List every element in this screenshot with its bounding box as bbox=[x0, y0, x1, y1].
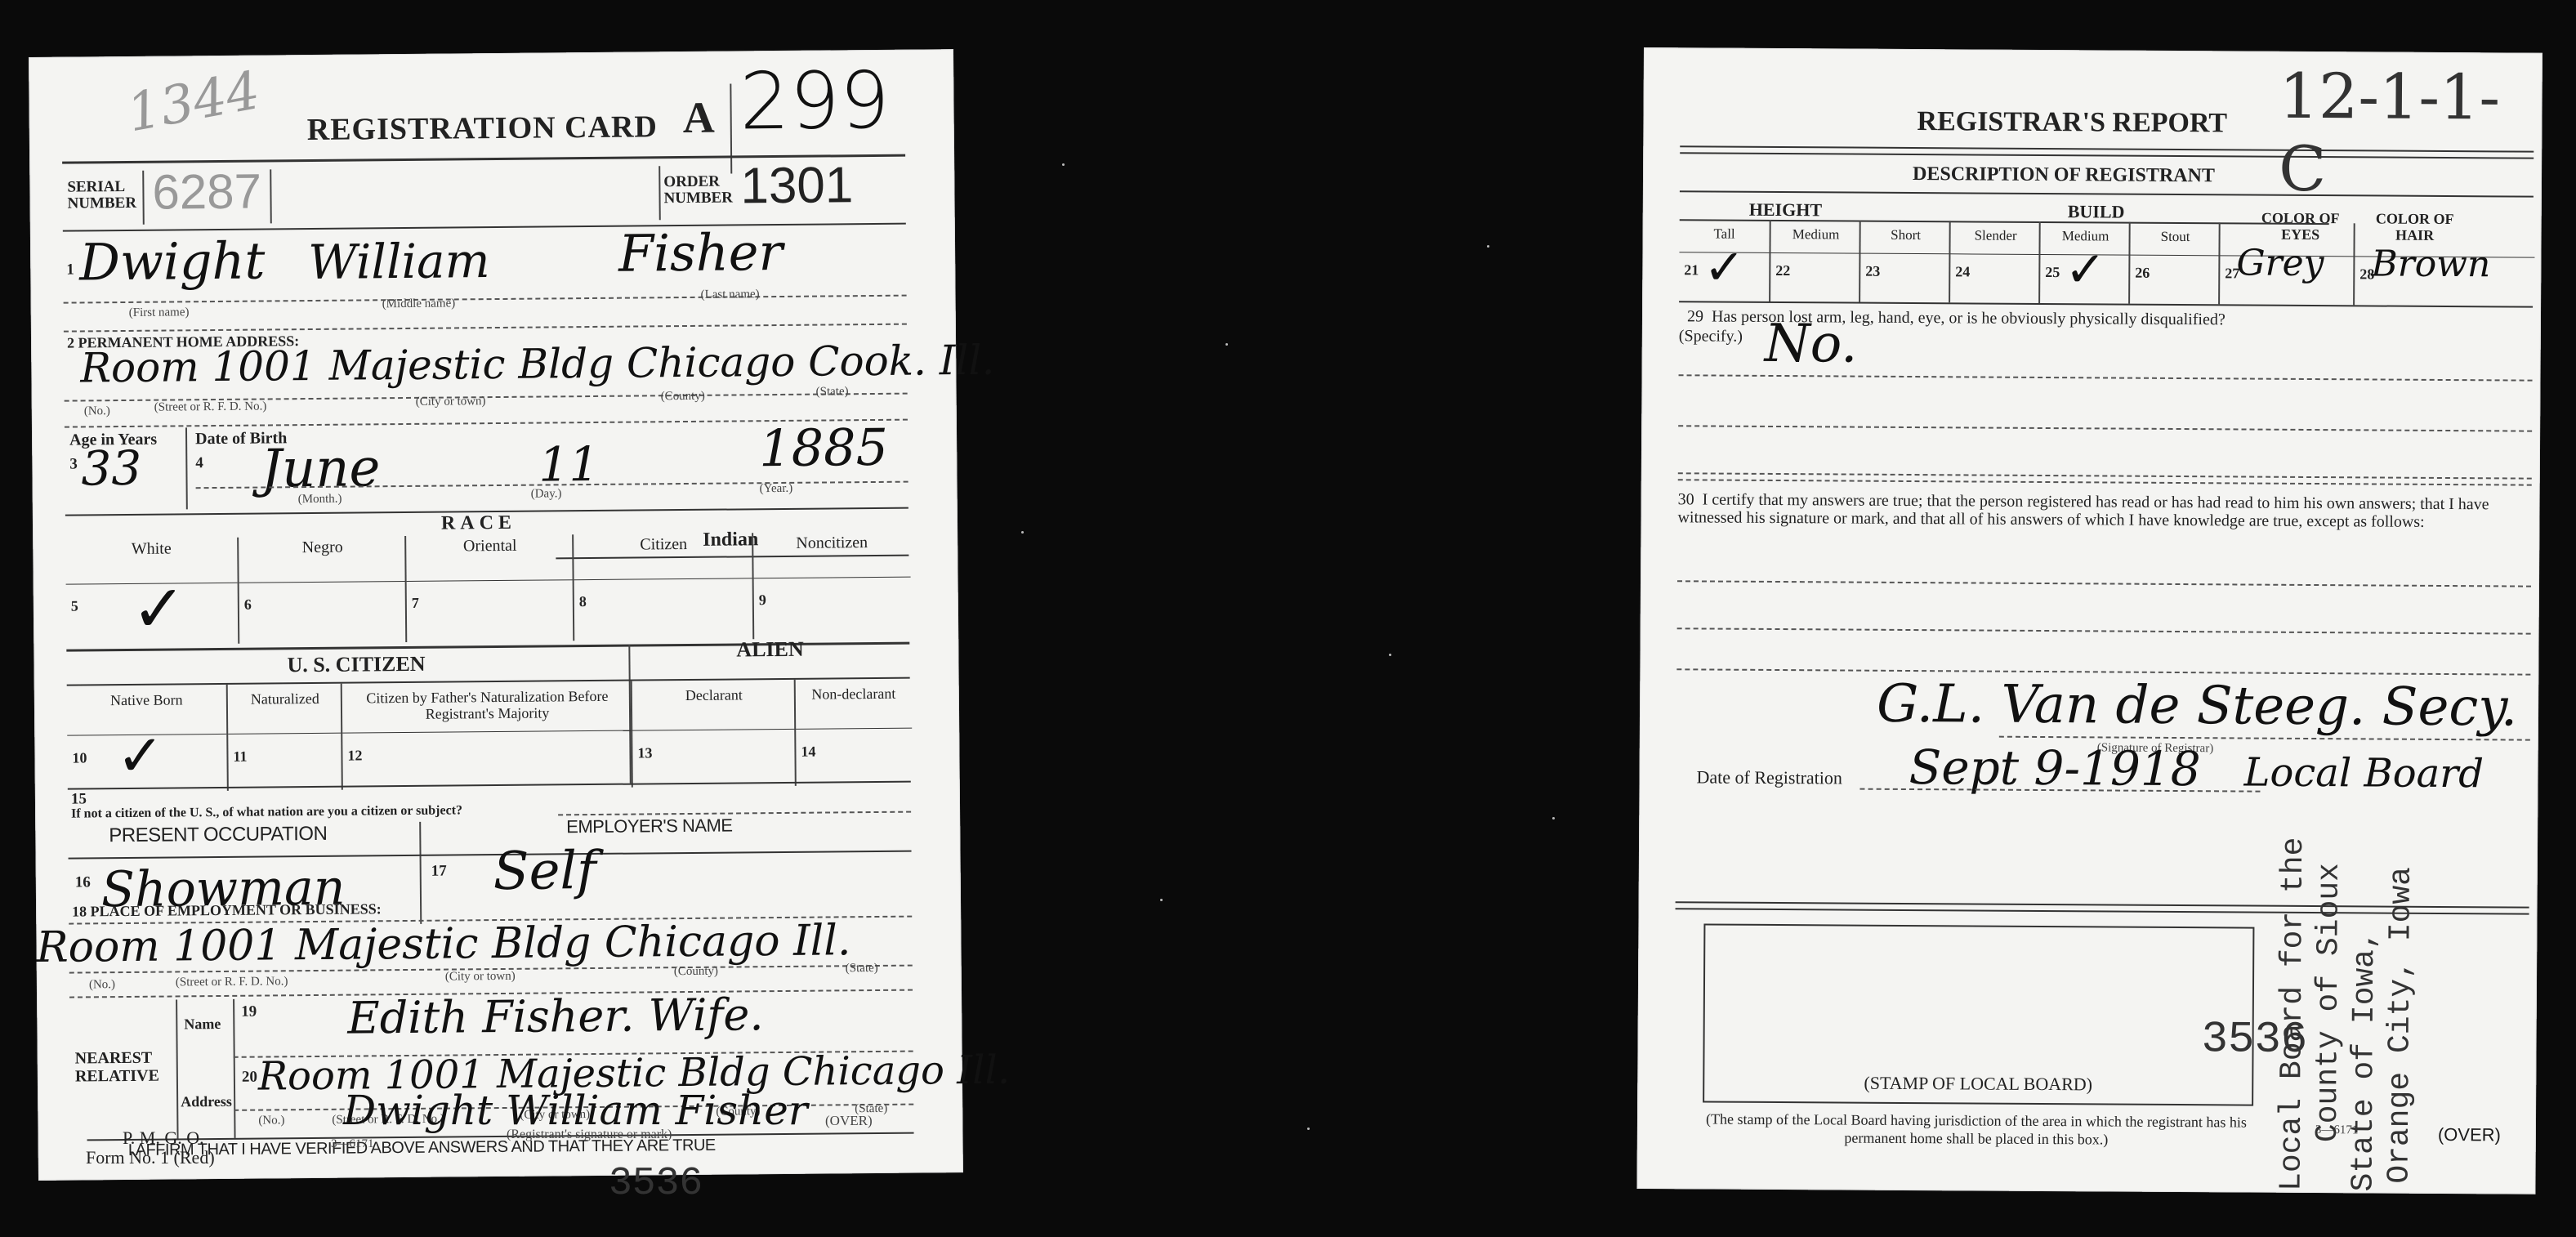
citizenship-cell: Native Born10✓ bbox=[67, 685, 227, 793]
signature-label: (Registrant's signature or mark) bbox=[507, 1128, 672, 1142]
description-label: Medium bbox=[1775, 226, 1858, 243]
description-label: Slender bbox=[1954, 227, 2038, 243]
description-label: Short bbox=[1864, 227, 1948, 243]
field-number: 13 bbox=[637, 744, 652, 761]
over-label: (OVER) bbox=[2438, 1124, 2501, 1145]
race-label: Negro bbox=[242, 538, 403, 557]
field-number: 15 bbox=[71, 790, 87, 808]
race-heading: RACE bbox=[441, 512, 516, 535]
rule bbox=[239, 581, 407, 583]
description-cell: 27Grey bbox=[2218, 222, 2355, 305]
sub-label: (City or town) bbox=[416, 395, 486, 409]
rule bbox=[1677, 580, 2531, 587]
dob-month: June bbox=[261, 438, 381, 499]
rule bbox=[558, 811, 911, 816]
stamp-box-label: (STAMP OF LOCAL BOARD) bbox=[1704, 1071, 2252, 1096]
race-cell: Citizen8 bbox=[572, 533, 754, 641]
race-label: Noncitizen bbox=[757, 534, 907, 553]
alien-heading: ALIEN bbox=[736, 637, 804, 663]
description-cell: 28Brown bbox=[2353, 223, 2535, 306]
registrar-signature: G.L. Van de Steeg. Secy. bbox=[1877, 674, 2518, 739]
field-number: 17 bbox=[431, 863, 447, 881]
age-value: 33 bbox=[81, 440, 141, 497]
rule bbox=[2130, 255, 2220, 257]
divider bbox=[730, 83, 732, 173]
board-stamp-line: Local Board for the bbox=[2274, 837, 2312, 1191]
relative-name: Edith Fisher. Wife. bbox=[347, 989, 764, 1043]
sub-label: (No.) bbox=[258, 1114, 284, 1128]
rule bbox=[796, 728, 912, 730]
specify-label: (Specify.) bbox=[1679, 327, 1743, 346]
rule bbox=[1770, 252, 1860, 254]
rule bbox=[632, 729, 796, 731]
divider bbox=[176, 999, 178, 1138]
relative-address-label: Address bbox=[181, 1093, 232, 1111]
field-number: 30 bbox=[1678, 490, 1694, 508]
field-number: 3 bbox=[69, 455, 78, 473]
field-number: 14 bbox=[801, 744, 815, 761]
description-value: Brown bbox=[2371, 243, 2490, 285]
local-board-stamp: Local Board for the County of Sioux Stat… bbox=[2274, 837, 2420, 1191]
registrars-report-card: REGISTRAR'S REPORT 12-1-1-C DESCRIPTION … bbox=[1636, 47, 2543, 1195]
card-title: REGISTRATION CARD bbox=[307, 109, 658, 148]
build-heading: BUILD bbox=[2068, 201, 2125, 222]
description-heading: DESCRIPTION OF REGISTRANT bbox=[1913, 163, 2215, 187]
race-label: White bbox=[69, 539, 234, 559]
scan-speck bbox=[1225, 343, 1228, 346]
description-cell: Medium22 bbox=[1769, 220, 1861, 302]
stamp-note: (The stamp of the Local Board having jur… bbox=[1694, 1110, 2258, 1149]
occupation-label: PRESENT OCCUPATION bbox=[109, 823, 327, 847]
description-label bbox=[2224, 229, 2352, 230]
rule bbox=[64, 324, 907, 333]
field-number: 1 bbox=[66, 261, 74, 279]
citizenship-cell: Naturalized11 bbox=[226, 684, 343, 791]
rule bbox=[754, 577, 911, 579]
scan-speck bbox=[1062, 163, 1065, 166]
citizenship-cell: Citizen by Father's Naturalization Befor… bbox=[341, 681, 633, 790]
field-number: 8 bbox=[579, 593, 587, 610]
sub-label: (Street or R. F. D. No.) bbox=[154, 400, 267, 414]
checkmark-icon: ✓ bbox=[2065, 241, 2106, 298]
rule bbox=[1679, 374, 2533, 381]
field-number: 10 bbox=[72, 749, 87, 766]
checkmark-icon: ✓ bbox=[1703, 239, 1745, 296]
last-name: Fisher bbox=[618, 222, 784, 284]
field-number: 12 bbox=[347, 747, 362, 764]
field-number: 11 bbox=[233, 748, 247, 766]
pencil-mark: 1344 bbox=[123, 60, 265, 144]
citizenship-label: Non-declarant bbox=[799, 685, 909, 703]
first-name: Dwight bbox=[79, 230, 266, 292]
field-number: 26 bbox=[2135, 265, 2150, 282]
checkmark-icon: ✓ bbox=[131, 570, 186, 647]
rule bbox=[574, 578, 754, 580]
print-code: 3—6171 bbox=[331, 1137, 374, 1151]
divider bbox=[185, 427, 188, 509]
citizenship-cell: Non-declarant14 bbox=[794, 679, 913, 786]
divider bbox=[270, 169, 272, 223]
serial-number: 6287 bbox=[152, 163, 261, 221]
description-label bbox=[2359, 230, 2532, 230]
rule bbox=[407, 579, 574, 582]
form-id-line-1: P. M. G. O. bbox=[123, 1128, 204, 1149]
field-number: 23 bbox=[1865, 263, 1880, 280]
scan-speck bbox=[1389, 654, 1391, 656]
field-number: 20 bbox=[242, 1069, 257, 1087]
order-number: 1301 bbox=[740, 156, 854, 215]
local-board-handwritten: Local Board bbox=[2243, 750, 2484, 797]
order-label: ORDER NUMBER bbox=[663, 173, 737, 207]
divider bbox=[419, 822, 422, 924]
field-number: 5 bbox=[71, 597, 78, 614]
employer-value: Self bbox=[493, 841, 596, 902]
q30-text: 30 I certify that my answers are true; t… bbox=[1677, 490, 2511, 531]
field-number: 25 bbox=[2045, 264, 2060, 281]
description-label: Stout bbox=[2134, 229, 2217, 245]
rule bbox=[342, 730, 632, 734]
last-name-label: (Last name) bbox=[700, 288, 759, 302]
serial-label: SERIAL NUMBER bbox=[67, 179, 141, 212]
date-label: Date of Registration bbox=[1696, 766, 1842, 788]
middle-name: William bbox=[308, 233, 490, 290]
stamp-box: (STAMP OF LOCAL BOARD) bbox=[1703, 923, 2254, 1105]
home-address: Room 1001 Majestic Bldg Chicago Cook. Il… bbox=[80, 337, 995, 392]
rule bbox=[1678, 425, 2532, 431]
rule bbox=[69, 851, 912, 860]
first-name-label: (First name) bbox=[129, 306, 190, 320]
field-number: 24 bbox=[1955, 263, 1970, 280]
sub-label: (County) bbox=[661, 390, 705, 404]
race-cell: Oriental7 bbox=[404, 534, 574, 642]
rule bbox=[1677, 627, 2531, 634]
rule bbox=[1678, 479, 2532, 485]
description-cell: Slender24 bbox=[1949, 221, 2041, 303]
scan-speck bbox=[1021, 531, 1024, 534]
board-stamp-line: County of Sioux bbox=[2310, 837, 2348, 1192]
field-number: 9 bbox=[759, 592, 766, 609]
sub-label: (No.) bbox=[89, 978, 115, 992]
us-citizen-heading: U. S. CITIZEN bbox=[287, 652, 425, 677]
race-row: White5✓Negro6Oriental7Citizen8Noncitizen… bbox=[65, 532, 909, 645]
description-cell: Stout26 bbox=[2128, 222, 2221, 305]
description-row: Tall21✓Medium22Short23Slender24Medium25✓… bbox=[1679, 219, 2534, 306]
field-number: 22 bbox=[1775, 262, 1790, 279]
scan-speck bbox=[1160, 899, 1163, 901]
employment-place-label: 18 PLACE OF EMPLOYMENT OR BUSINESS: bbox=[72, 900, 382, 920]
board-stamp-line: Orange City, Iowa bbox=[2382, 837, 2420, 1192]
sub-label: (Month.) bbox=[298, 493, 342, 507]
scan-speck bbox=[1307, 1128, 1310, 1130]
stamp-number: 3536 bbox=[609, 1162, 703, 1206]
citizenship-label: Naturalized bbox=[231, 690, 339, 708]
divider bbox=[659, 166, 661, 220]
height-heading: HEIGHT bbox=[1749, 199, 1822, 221]
rule bbox=[1678, 472, 2532, 479]
card-number: 299 bbox=[739, 55, 890, 148]
sub-label: (Year.) bbox=[760, 482, 793, 496]
race-cell: White5✓ bbox=[65, 538, 238, 645]
board-stamp-line: State of Iowa, bbox=[2346, 837, 2384, 1192]
over-label: (OVER) bbox=[825, 1113, 873, 1129]
form-id-line-2: Form No. 1 (Red) bbox=[86, 1147, 215, 1168]
field-number: 29 bbox=[1687, 307, 1703, 325]
race-cell: Negro6 bbox=[237, 536, 407, 644]
sub-label: (State) bbox=[816, 385, 849, 399]
race-label: Citizen bbox=[577, 534, 750, 554]
citizenship-cell: Declarant13 bbox=[631, 680, 797, 788]
field-number: 7 bbox=[412, 595, 419, 612]
employer-label: EMPLOYER'S NAME bbox=[566, 815, 733, 838]
description-cell: Tall21✓ bbox=[1679, 219, 1770, 301]
citizenship-label: Citizen by Father's Naturalization Befor… bbox=[346, 688, 629, 723]
description-cell: Medium25✓ bbox=[2038, 221, 2131, 304]
dob-year: 1885 bbox=[759, 418, 888, 478]
sub-label: (City or town) bbox=[445, 970, 516, 985]
sub-label: (Day.) bbox=[531, 487, 562, 501]
field-number: 19 bbox=[241, 1003, 257, 1021]
race-label: Oriental bbox=[409, 536, 570, 556]
sub-label: (State) bbox=[846, 962, 878, 976]
q30-label: I certify that my answers are true; that… bbox=[1677, 490, 2489, 530]
citizenship-label: Native Born bbox=[70, 691, 223, 709]
registration-card: 1344 REGISTRATION CARD A 299 SERIAL NUMB… bbox=[29, 49, 963, 1181]
report-code: 12-1-1-C bbox=[2279, 60, 2543, 207]
field-15-label: If not a citizen of the U. S., of what n… bbox=[71, 803, 462, 821]
sub-label: (No.) bbox=[84, 404, 110, 418]
rule bbox=[1860, 253, 1950, 255]
rule bbox=[1950, 253, 2040, 255]
field-number: 6 bbox=[244, 596, 252, 614]
field-number: 16 bbox=[75, 873, 91, 891]
divider bbox=[142, 171, 145, 225]
card-letter: A bbox=[682, 92, 715, 143]
report-title: REGISTRAR'S REPORT bbox=[1917, 106, 2227, 139]
employment-place: Room 1001 Majestic Bldg Chicago Ill. bbox=[36, 916, 850, 972]
middle-name-label: (Middle name) bbox=[382, 297, 456, 311]
citizenship-row: Native Born10✓Naturalized11Citizen by Fa… bbox=[67, 679, 911, 793]
nearest-relative-label: NEAREST RELATIVE bbox=[75, 1049, 173, 1086]
scan-speck bbox=[1487, 245, 1489, 248]
scan-speck bbox=[1552, 817, 1555, 819]
field-number: 4 bbox=[195, 454, 203, 472]
citizenship-label: Declarant bbox=[636, 686, 792, 704]
relative-name-label: Name bbox=[184, 1016, 221, 1033]
sub-label: (County) bbox=[674, 965, 718, 979]
rule bbox=[1676, 668, 2530, 675]
rule bbox=[64, 295, 907, 304]
field-number: 21 bbox=[1684, 261, 1699, 279]
q29-answer: No. bbox=[1765, 314, 1858, 375]
divider bbox=[233, 999, 235, 1138]
description-cell: Short23 bbox=[1859, 221, 1951, 303]
checkmark-icon: ✓ bbox=[116, 722, 164, 790]
race-cell: Noncitizen9 bbox=[752, 532, 911, 640]
rule bbox=[228, 733, 342, 735]
sub-label: (Street or R. F. D. No.) bbox=[176, 975, 288, 989]
description-value: Grey bbox=[2236, 242, 2324, 284]
